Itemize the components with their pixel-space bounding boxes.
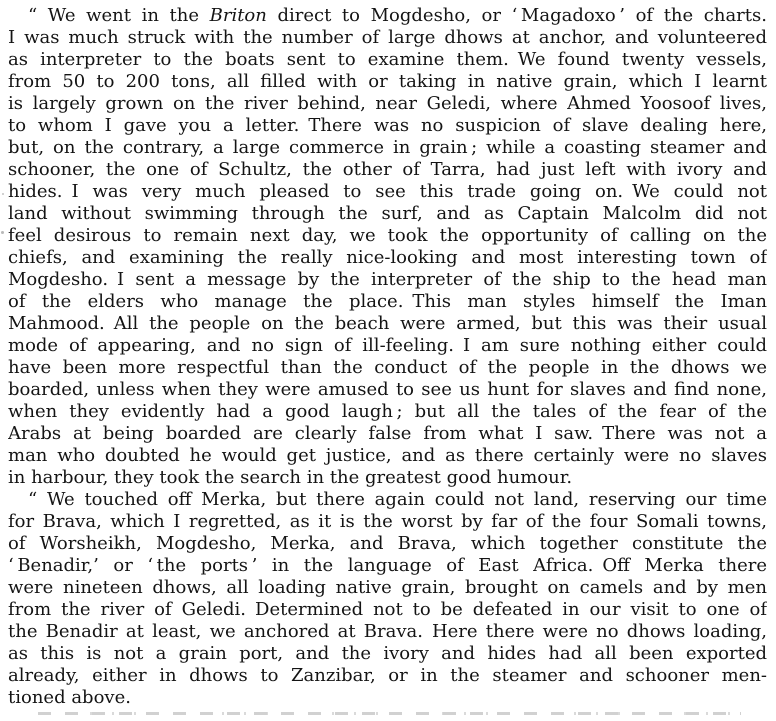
text-line: of the elders who manage the place. This… <box>8 291 767 313</box>
text-line: chiefs, and examining the really nice-lo… <box>8 247 767 269</box>
page-text: “ We went in the Briton direct to Mogdes… <box>8 5 767 709</box>
text-line: for Brava, which I regretted, as it is t… <box>8 511 767 533</box>
text-line: as this is not a grain port, and the ivo… <box>8 643 767 665</box>
scanned-page: “ We went in the Briton direct to Mogdes… <box>0 0 776 721</box>
text-line: of Worsheikh, Mogdesho, Merka, and Brava… <box>8 533 767 555</box>
text-line: from 50 to 200 tons, all filled with or … <box>8 71 767 93</box>
text-line: in harbour, they took the search in the … <box>8 467 767 489</box>
text-line: when they evidently had a good laugh ; b… <box>8 401 767 423</box>
text-line: Mahmood. All the people on the beach wer… <box>8 313 767 335</box>
text-line: from the river of Geledi. Determined not… <box>8 599 767 621</box>
text-line: “ We touched off Merka, but there again … <box>8 489 767 511</box>
clipped-next-line <box>38 712 741 715</box>
text-line: is largely grown on the river behind, ne… <box>8 93 767 115</box>
text-line: mode of appearing, and no sign of ill-fe… <box>8 335 767 357</box>
text-line: I was much struck with the number of lar… <box>8 27 767 49</box>
text-line: Mogdesho. I sent a message by the interp… <box>8 269 767 291</box>
text-line: were nineteen dhows, all loading native … <box>8 577 767 599</box>
text-line: the Benadir at least, we anchored at Bra… <box>8 621 767 643</box>
text-line: land without swimming through the surf, … <box>8 203 767 225</box>
text-line: as interpreter to the boats sent to exam… <box>8 49 767 71</box>
text-line: man who doubted he would get justice, an… <box>8 445 767 467</box>
text-line: hides. I was very much pleased to see th… <box>8 181 767 203</box>
text-line: schooner, the one of Schultz, the other … <box>8 159 767 181</box>
text-line: Arabs at being boarded are clearly false… <box>8 423 767 445</box>
text-line: ‘ Benadir,’ or ‘ the ports ’ in the lang… <box>8 555 767 577</box>
text-line: already, either in dhows to Zanzibar, or… <box>8 665 767 687</box>
text-line: have been more respectful than the condu… <box>8 357 767 379</box>
text-line: but, on the contrary, a large commerce i… <box>8 137 767 159</box>
scan-speck <box>2 193 4 195</box>
text-line: to whom I gave you a letter. There was n… <box>8 115 767 137</box>
text-line: tioned above. <box>8 687 767 709</box>
text-line: feel desirous to remain next day, we too… <box>8 225 767 247</box>
text-line: boarded, unless when they were amused to… <box>8 379 767 401</box>
text-line: “ We went in the Briton direct to Mogdes… <box>8 5 767 27</box>
scan-speck <box>1 231 4 234</box>
